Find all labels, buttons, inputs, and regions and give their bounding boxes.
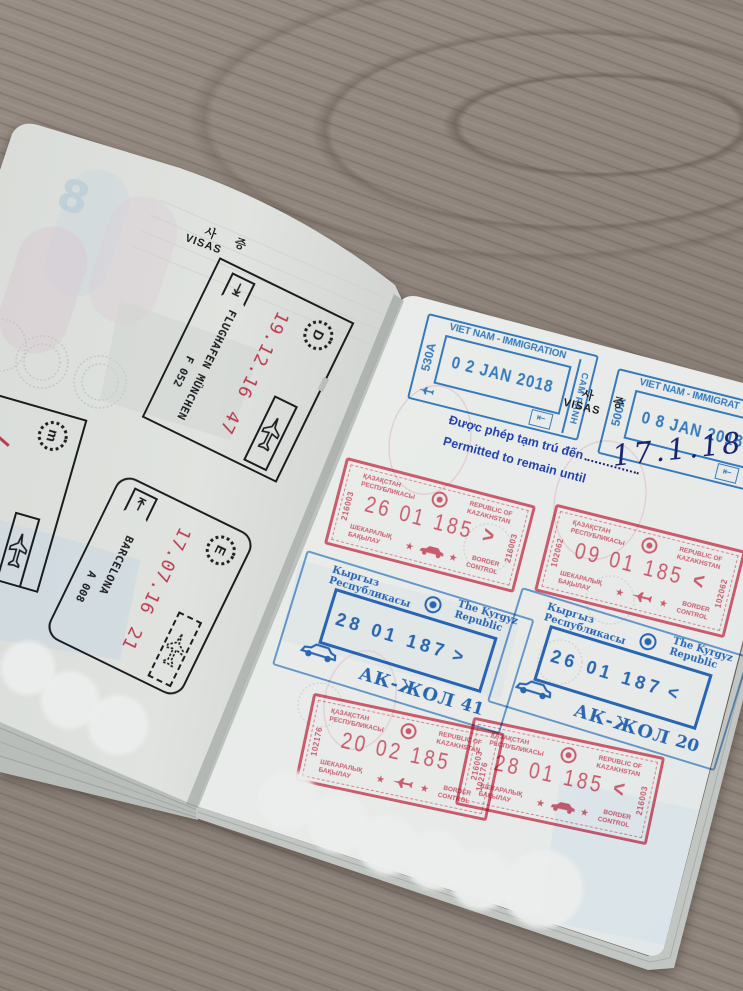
redaction-blur [503,850,583,928]
passport-photo: 8 사 증 VISAS m D 19.12.1647 FLUGHAFEN MÜN… [0,0,743,991]
redaction-blurs [0,0,743,991]
redaction-blur [450,848,512,910]
redaction-blur [88,695,148,755]
